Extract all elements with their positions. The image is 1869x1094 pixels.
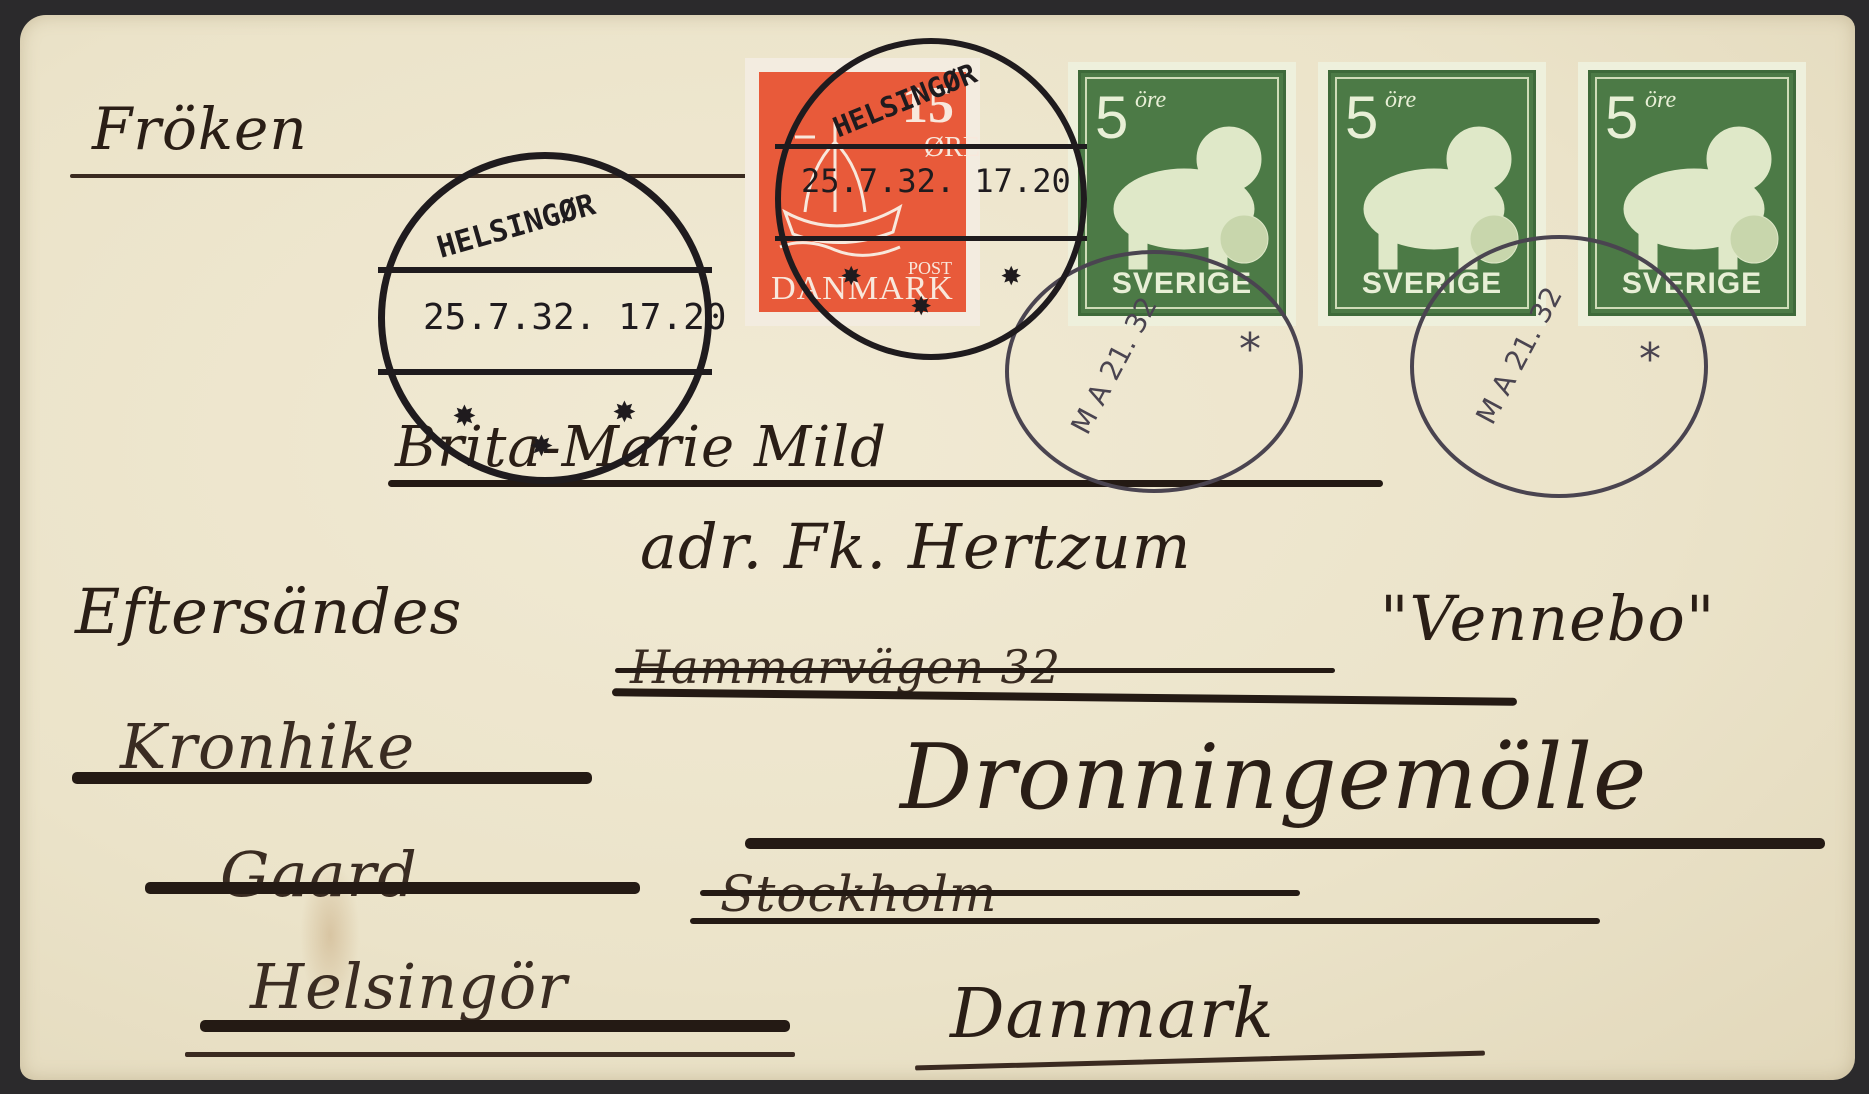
postmark-band-top: [378, 267, 712, 273]
old-city-strike: [700, 890, 1300, 896]
old-address-strike-3: [200, 1020, 790, 1032]
care-of-line: adr. Fk. Hertzum: [640, 510, 1192, 583]
postmark-date: 25.7.32. 17.20: [423, 297, 726, 338]
postmark-star: *: [1239, 324, 1261, 375]
postmark-star-icon: ✸: [841, 254, 861, 294]
postmark-town: HELSINGØR: [828, 57, 981, 144]
postmark-star-icon: ✸: [1001, 254, 1021, 294]
salutation-underline: [70, 174, 750, 178]
old-street: Hammarvägen 32: [630, 640, 1061, 694]
postmark-town: HELSINGØR: [433, 187, 599, 265]
old-address-strike-2: [145, 882, 640, 894]
postmark-star-icon: ✸: [613, 387, 636, 431]
forwarding-instruction: Eftersändes: [75, 575, 462, 648]
stamp-unit: öre: [1645, 87, 1676, 114]
postmark-text: M A 21. 32: [1064, 291, 1164, 439]
postmark-star: *: [1639, 334, 1661, 385]
town-line: [745, 838, 1825, 849]
postmark-star-icon: ✸: [911, 284, 931, 324]
postmark-star-icon: ✸: [453, 391, 476, 435]
postmark-star-icon: ✸: [530, 421, 553, 465]
destination-country: Danmark: [950, 975, 1275, 1054]
stamp-value: 5: [1345, 83, 1378, 152]
stamp-value: 5: [1605, 83, 1638, 152]
postmark-text: M A 21. 32: [1469, 281, 1569, 429]
stamp-value: 5: [1095, 83, 1128, 152]
old-street-strike: [615, 668, 1335, 673]
stamp-unit: öre: [1135, 87, 1166, 114]
destination-town: Dronningemölle: [900, 725, 1647, 830]
postmark-band-top: [775, 144, 1087, 149]
old-address-strike-1: [72, 772, 592, 784]
stamp-unit: öre: [1385, 87, 1416, 114]
postmark-band-bottom: [775, 236, 1087, 241]
old-city-strike-2: [690, 918, 1600, 924]
house-name: "Vennebo": [1380, 582, 1715, 655]
swedish-postmark: M A 21. 32 *: [1410, 235, 1708, 498]
helsingor-postmark: HELSINGØR 25.7.32. 17.20 ✸ ✸ ✸: [378, 152, 712, 484]
helsingor-postmark-on-stamp: HELSINGØR 25.7.32. 17.20 ✸ ✸ ✸: [775, 38, 1087, 360]
postmark-band-bottom: [378, 369, 712, 375]
old-address-line-3: Helsingör: [250, 950, 568, 1023]
old-address-line-2: Gaard: [220, 838, 418, 911]
old-address-underline-3: [185, 1052, 795, 1057]
salutation: Fröken: [92, 95, 308, 163]
postmark-date: 25.7.32. 17.20: [801, 162, 1071, 200]
